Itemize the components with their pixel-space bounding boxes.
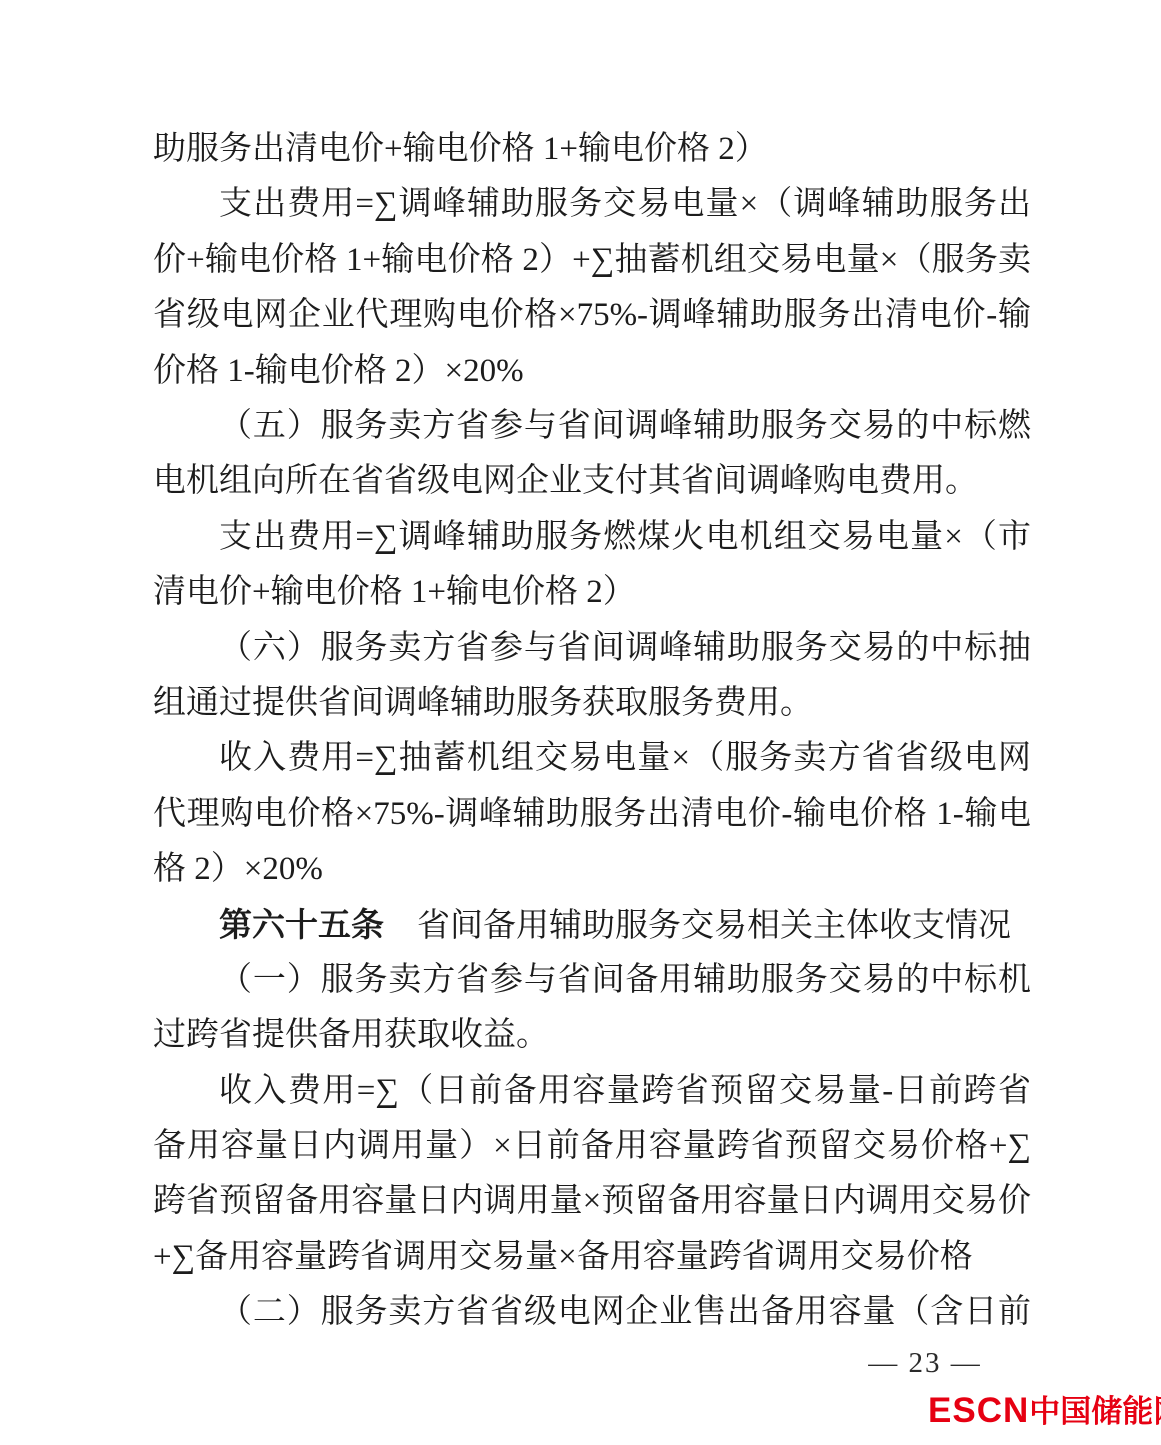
text-line: （二）服务卖方省省级电网企业售出备用容量（含日前备用 xyxy=(153,1285,1031,1340)
page-number: — 23 — xyxy=(855,1346,995,1380)
text-line: 价格 1-输电价格 2）×20% xyxy=(153,344,1031,399)
text-line: （五）服务卖方省参与省间调峰辅助服务交易的中标燃煤火 xyxy=(153,399,1031,454)
text-line: 备用容量日内调用量）×日前备用容量跨省预留交易价格+∑日前 xyxy=(153,1119,1031,1174)
article-number: 第六十五条 xyxy=(219,906,384,943)
document-body: 助服务出清电价+输电价格 1+输电价格 2）支出费用=∑调峰辅助服务交易电量×（… xyxy=(153,122,1031,1341)
text-line: 支出费用=∑调峰辅助服务燃煤火电机组交易电量×（市场出 xyxy=(153,510,1031,565)
document-page: 助服务出清电价+输电价格 1+输电价格 2）支出费用=∑调峰辅助服务交易电量×（… xyxy=(0,0,1161,1445)
escn-watermark: ESCN中国储能网 xyxy=(928,1386,1161,1431)
text-line: +∑备用容量跨省调用交易量×备用容量跨省调用交易价格 xyxy=(153,1230,1031,1285)
text-line: 跨省预留备用容量日内调用量×预留备用容量日内调用交易价格 xyxy=(153,1174,1031,1229)
text-line: 电机组向所在省省级电网企业支付其省间调峰购电费用。 xyxy=(153,454,1031,509)
watermark-cjk-text: 中国储能网 xyxy=(1029,1394,1161,1429)
text-line: 省级电网企业代理购电价格×75%-调峰辅助服务出清电价-输电 xyxy=(153,288,1031,343)
text-line: 格 2）×20% xyxy=(153,842,1031,897)
text-line: 第六十五条 省间备用辅助服务交易相关主体收支情况 xyxy=(153,897,1031,952)
text-line: （六）服务卖方省参与省间调峰辅助服务交易的中标抽蓄机 xyxy=(153,621,1031,676)
watermark-latin-text: ESCN xyxy=(928,1391,1029,1430)
text-line: 支出费用=∑调峰辅助服务交易电量×（调峰辅助服务出清电 xyxy=(153,177,1031,232)
text-line: 收入费用=∑（日前备用容量跨省预留交易量-日前跨省预留 xyxy=(153,1064,1031,1119)
text-line: 清电价+输电价格 1+输电价格 2） xyxy=(153,565,1031,620)
text-line: 收入费用=∑抽蓄机组交易电量×（服务卖方省省级电网企业 xyxy=(153,731,1031,786)
text-line: 组通过提供省间调峰辅助服务获取服务费用。 xyxy=(153,676,1031,731)
text-line: 过跨省提供备用获取收益。 xyxy=(153,1008,1031,1063)
text-line: （一）服务卖方省参与省间备用辅助服务交易的中标机组通 xyxy=(153,953,1031,1008)
text-line: 助服务出清电价+输电价格 1+输电价格 2） xyxy=(153,122,1031,177)
text-line: 代理购电价格×75%-调峰辅助服务出清电价-输电价格 1-输电价 xyxy=(153,787,1031,842)
text-line: 价+输电价格 1+输电价格 2）+∑抽蓄机组交易电量×（服务卖方省 xyxy=(153,233,1031,288)
